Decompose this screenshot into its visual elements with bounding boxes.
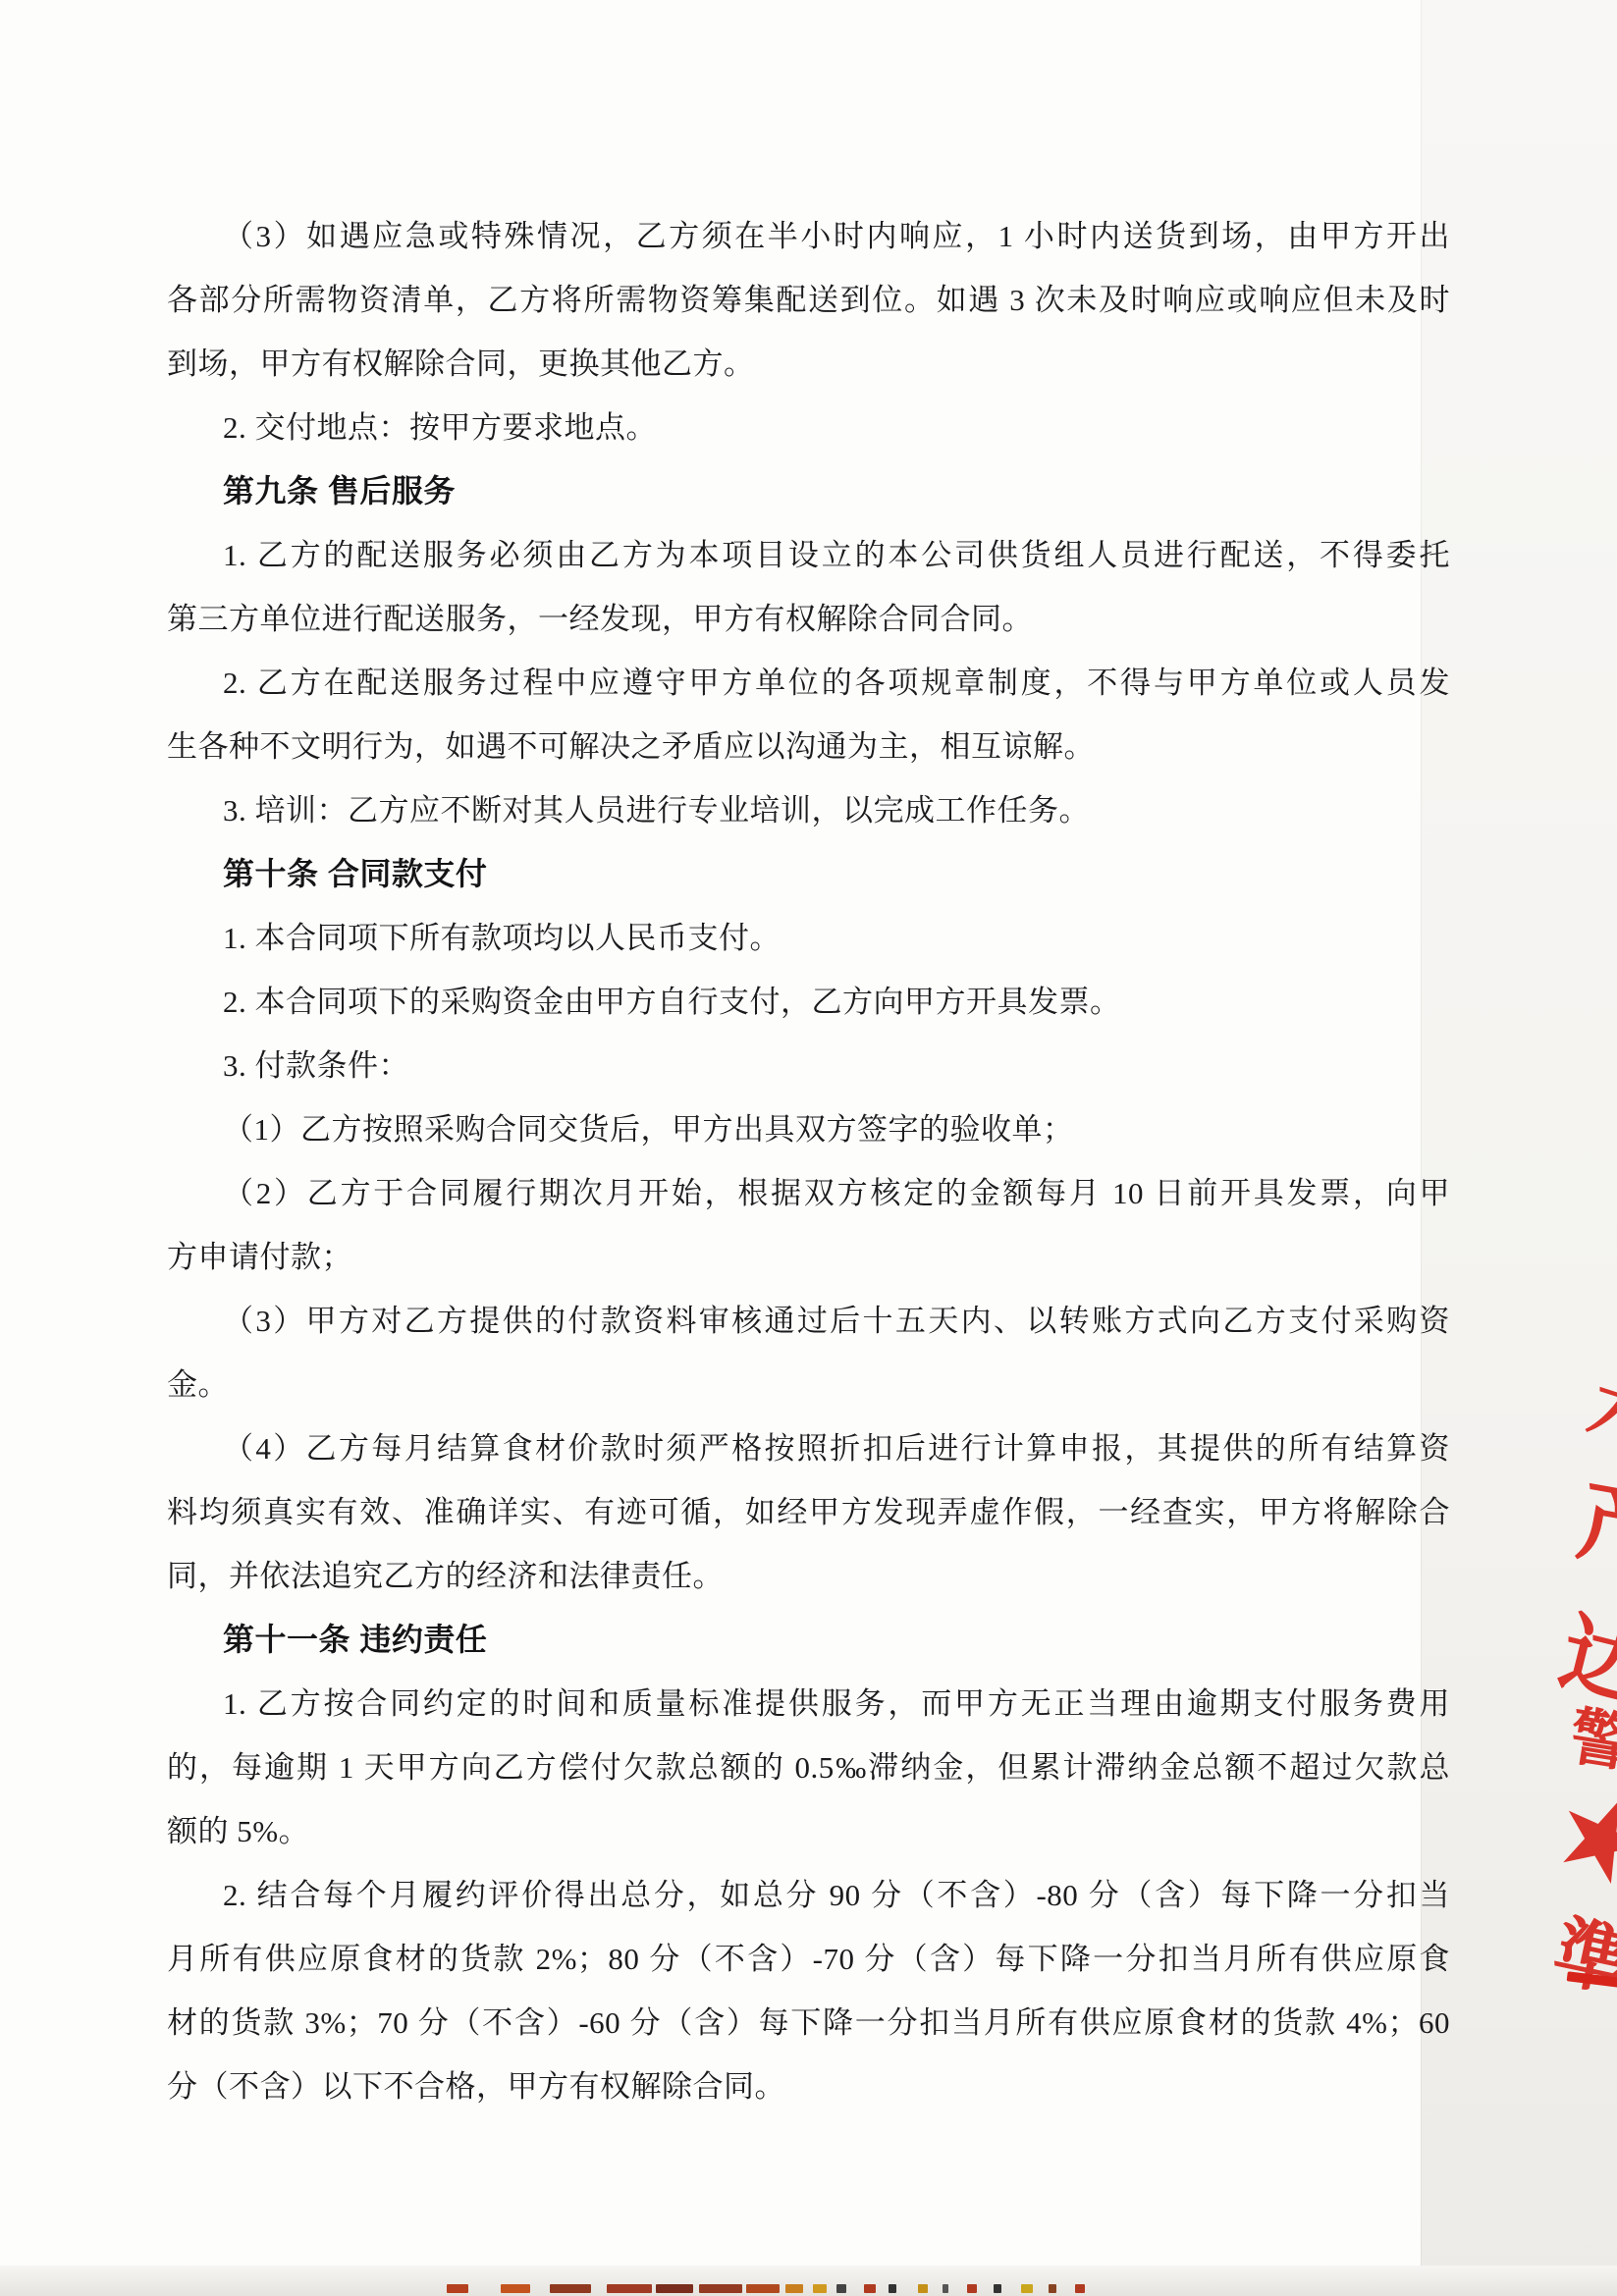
bleed-fragment — [1021, 2284, 1033, 2293]
contract-text-line: 方申请付款； — [167, 1225, 1450, 1289]
section-heading: 第十一条 违约责任 — [167, 1608, 1450, 1672]
bleed-fragment — [864, 2284, 876, 2293]
contract-text-line: 3. 付款条件： — [167, 1034, 1450, 1097]
contract-text-line: 3. 培训：乙方应不断对其人员进行专业培训，以完成工作任务。 — [167, 778, 1450, 842]
contract-text-line: 各部分所需物资清单，乙方将所需物资筹集配送到位。如遇 3 次未及时响应或响应但未… — [167, 268, 1450, 332]
bleed-fragment — [813, 2284, 827, 2293]
contract-body-text: （3）如遇应急或特殊情况，乙方须在半小时内响应，1 小时内送货到场，由甲方开出各… — [167, 204, 1450, 2118]
contract-text-line: 2. 本合同项下的采购资金由甲方自行支付，乙方向甲方开具发票。 — [167, 970, 1450, 1034]
bleed-fragment — [607, 2284, 652, 2293]
contract-text-line: 到场，甲方有权解除合同，更换其他乙方。 — [167, 332, 1450, 396]
bleed-fragment — [746, 2284, 780, 2293]
contract-text-line: 2. 结合每个月履约评价得出总分，如总分 90 分（不含）-80 分（含）每下降… — [167, 1863, 1450, 1927]
contract-text-line: 材的货款 3%；70 分（不含）-60 分（含）每下降一分扣当月所有供应原食材的… — [167, 1991, 1450, 2055]
contract-text-line: 的，每逾期 1 天甲方向乙方偿付欠款总额的 0.5‰滞纳金，但累计滞纳金总额不超… — [167, 1735, 1450, 1799]
contract-text-line: （2）乙方于合同履行期次月开始，根据双方核定的金额每月 10 日前开具发票，向甲 — [167, 1161, 1450, 1225]
section-heading: 第九条 售后服务 — [167, 459, 1450, 523]
contract-text-line: （3）甲方对乙方提供的付款资料审核通过后十五天内、以转账方式向乙方支付采购资 — [167, 1289, 1450, 1353]
contract-text-line: （4）乙方每月结算食材价款时须严格按照折扣后进行计算申报，其提供的所有结算资 — [167, 1416, 1450, 1480]
contract-text-line: 2. 乙方在配送服务过程中应遵守甲方单位的各项规章制度，不得与甲方单位或人员发 — [167, 651, 1450, 715]
bleed-fragment — [889, 2284, 896, 2293]
contract-text-line: 金。 — [167, 1353, 1450, 1416]
bleed-fragment — [918, 2284, 928, 2293]
bleed-fragment — [785, 2284, 803, 2293]
contract-text-line: 料均须真实有效、准确详实、有迹可循，如经甲方发现弄虚作假，一经查实，甲方将解除合 — [167, 1480, 1450, 1544]
bleed-fragment — [836, 2284, 846, 2293]
contract-text-line: （3）如遇应急或特殊情况，乙方须在半小时内响应，1 小时内送货到场，由甲方开出 — [167, 204, 1450, 268]
bleed-fragment — [967, 2284, 977, 2293]
scanned-contract-page: （3）如遇应急或特殊情况，乙方须在半小时内响应，1 小时内送货到场，由甲方开出各… — [0, 0, 1617, 2296]
bleed-fragment — [699, 2284, 742, 2293]
bleed-fragment — [1075, 2284, 1085, 2293]
section-heading: 第十条 合同款支付 — [167, 842, 1450, 906]
bleed-fragment — [447, 2284, 468, 2293]
bleed-fragment — [656, 2284, 693, 2293]
contract-text-line: 额的 5%。 — [167, 1799, 1450, 1863]
contract-text-line: 月所有供应原食材的货款 2%；80 分（不含）-70 分（含）每下降一分扣当月所… — [167, 1927, 1450, 1991]
bleed-fragment — [943, 2284, 948, 2293]
contract-text-line: 生各种不文明行为，如遇不可解决之矛盾应以沟通为主，相互谅解。 — [167, 715, 1450, 778]
scan-shading-right-edge — [1421, 0, 1617, 2296]
contract-text-line: （1）乙方按照采购合同交货后，甲方出具双方签字的验收单； — [167, 1097, 1450, 1161]
bleed-fragment — [550, 2284, 591, 2293]
contract-text-line: 2. 交付地点：按甲方要求地点。 — [167, 396, 1450, 459]
bleed-fragment — [1049, 2284, 1056, 2293]
contract-text-line: 分（不含）以下不合格，甲方有权解除合同。 — [167, 2055, 1450, 2118]
contract-text-line: 1. 本合同项下所有款项均以人民币支付。 — [167, 906, 1450, 970]
contract-text-line: 第三方单位进行配送服务，一经发现，甲方有权解除合同合同。 — [167, 587, 1450, 651]
bleed-fragment — [994, 2284, 1001, 2293]
contract-text-line: 同，并依法追究乙方的经济和法律责任。 — [167, 1544, 1450, 1608]
contract-text-line: 1. 乙方的配送服务必须由乙方为本项目设立的本公司供货组人员进行配送，不得委托 — [167, 523, 1450, 587]
bleed-fragment — [501, 2284, 530, 2293]
contract-text-line: 1. 乙方按合同约定的时间和质量标准提供服务，而甲方无正当理由逾期支付服务费用 — [167, 1672, 1450, 1735]
scan-shading-bottom-edge — [0, 2266, 1617, 2296]
